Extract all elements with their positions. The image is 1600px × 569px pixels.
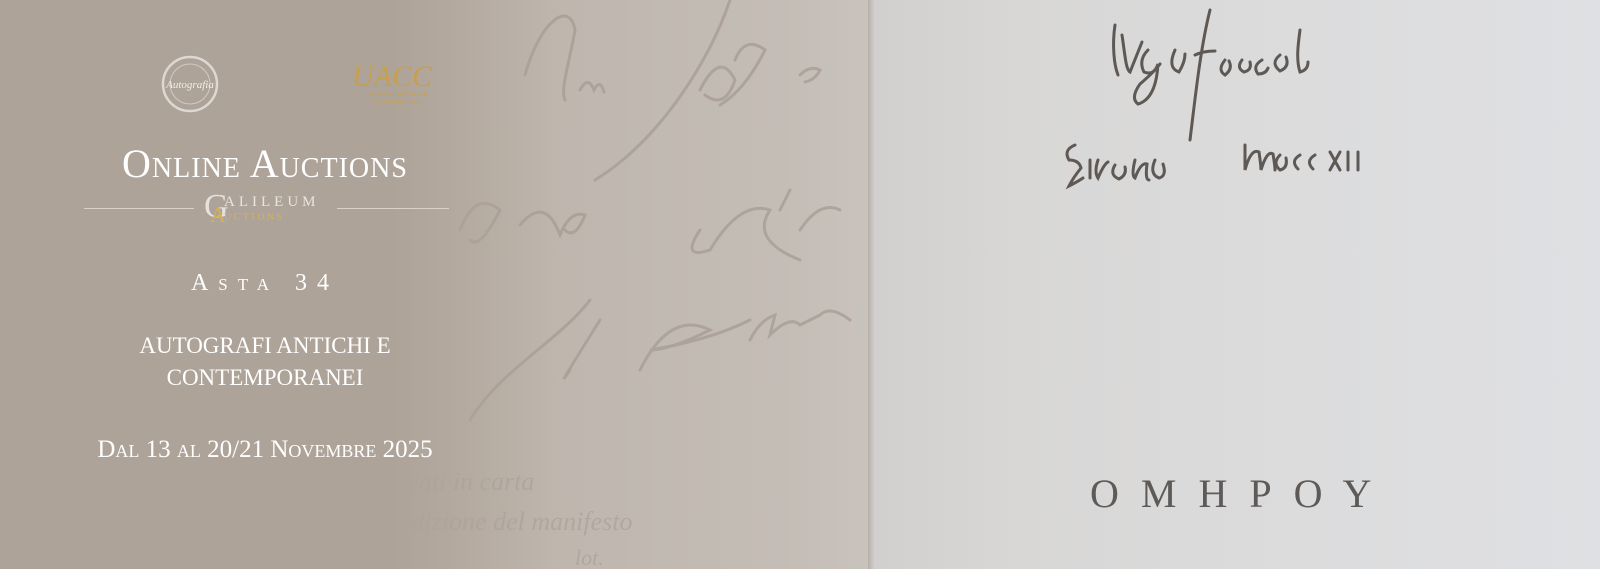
auction-number: Asta 34 <box>0 270 530 297</box>
uacc-logo-icon[interactable]: UACC UNIVERSAL AUTOGRAPH COLLECTORS CLUB <box>342 58 442 108</box>
subject-line-2: CONTEMPORANEI <box>0 362 530 394</box>
svg-text:UACC: UACC <box>352 60 433 93</box>
greek-book-title: ΟΜΗΡΟΥ <box>1090 470 1393 517</box>
svg-text:UNIVERSAL AUTOGRAPH: UNIVERSAL AUTOGRAPH <box>367 93 427 98</box>
auction-dates: Dal 13 al 20/21 Novembre 2025 <box>0 436 530 464</box>
galileum-auctions-logo[interactable]: G A ALILEUM UCTIONS <box>0 190 530 230</box>
svg-text:Autografia: Autografia <box>165 79 214 91</box>
svg-text:lot.: lot. <box>575 545 604 569</box>
subject-line-1: AUTOGRAFI ANTICHI E <box>0 330 530 362</box>
divider-left <box>84 208 194 209</box>
auction-hero-banner: rivati in carta edizione del manifesto l… <box>0 0 1600 569</box>
divider-right <box>337 208 449 209</box>
autografia-logo-icon[interactable]: Autografia <box>160 54 220 114</box>
svg-text:COLLECTORS CLUB: COLLECTORS CLUB <box>374 100 421 105</box>
logo-word-galileum: ALILEUM <box>224 194 320 211</box>
auction-info-panel: Autografia UACC UNIVERSAL AUTOGRAPH COLL… <box>0 0 530 569</box>
logo-word-auctions: UCTIONS <box>224 212 285 223</box>
page-title: Online Auctions <box>0 140 530 187</box>
partner-logos: Autografia UACC UNIVERSAL AUTOGRAPH COLL… <box>0 54 530 114</box>
auction-subject: AUTOGRAFI ANTICHI E CONTEMPORANEI <box>0 330 530 394</box>
